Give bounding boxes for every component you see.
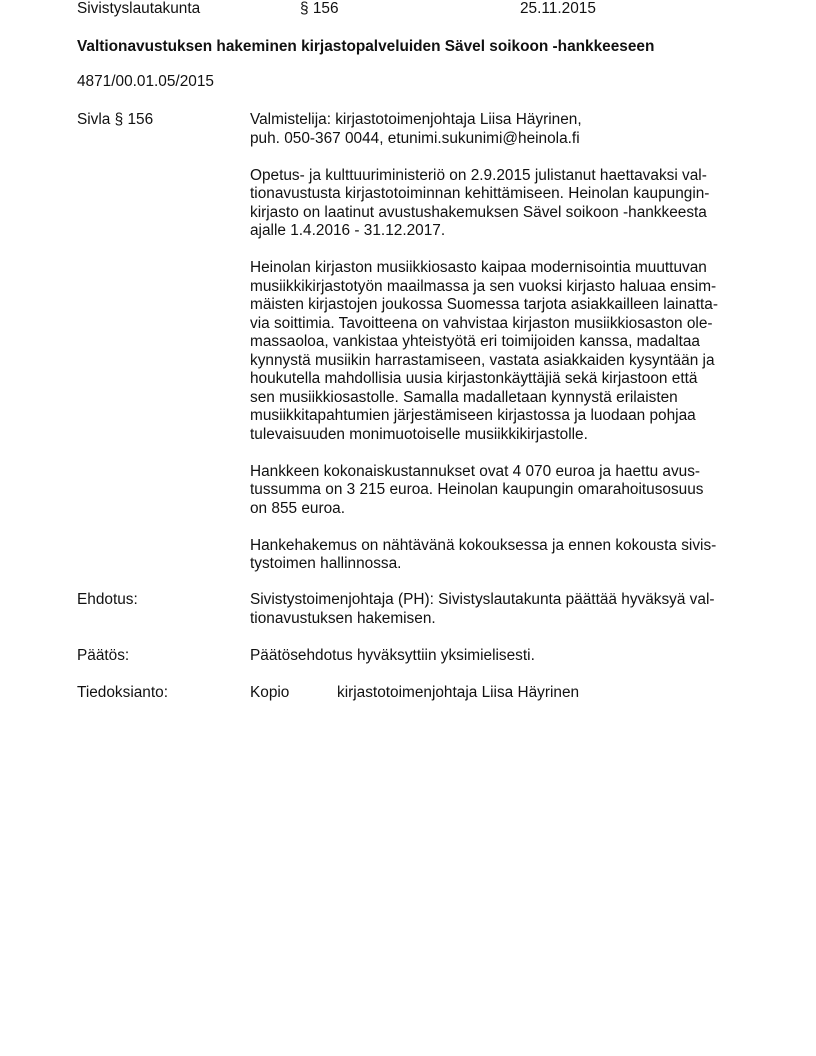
notification-type: Kopio xyxy=(250,684,289,703)
proposal-body: Sivistystoimenjohtaja (PH): Sivistyslaut… xyxy=(250,591,740,628)
document-header: Sivistyslautakunta § 156 25.11.2015 xyxy=(77,0,777,20)
decision-body: Päätösehdotus hyväksyttiin yksimielisest… xyxy=(250,647,740,666)
decision-label: Päätös: xyxy=(77,647,129,666)
section-number: § 156 xyxy=(300,0,339,18)
document-number: 4871/00.01.05/2015 xyxy=(77,73,214,91)
section-label: Sivla § 156 xyxy=(77,111,153,130)
availability-paragraph: Hankehakemus on nähtävänä kokouksessa ja… xyxy=(250,537,740,574)
notification-label: Tiedoksianto: xyxy=(77,684,168,703)
decision-text: Päätösehdotus hyväksyttiin yksimielisest… xyxy=(250,647,740,666)
notification-recipient: kirjastotoimenjohtaja Liisa Häyrinen xyxy=(337,684,579,703)
proposal-text: Sivistystoimenjohtaja (PH): Sivistyslaut… xyxy=(250,591,740,628)
background-paragraph: Opetus- ja kulttuuriministeriö on 2.9.20… xyxy=(250,167,740,241)
section-body: Valmistelija: kirjastotoimenjohtaja Liis… xyxy=(250,111,740,574)
meeting-date: 25.11.2015 xyxy=(520,0,596,18)
goals-paragraph: Heinolan kirjaston musiikkiosasto kaipaa… xyxy=(250,259,740,444)
document-title: Valtionavustuksen hakeminen kirjastopalv… xyxy=(77,38,654,56)
committee-name: Sivistyslautakunta xyxy=(77,0,200,18)
costs-paragraph: Hankkeen kokonaiskustannukset ovat 4 070… xyxy=(250,463,740,519)
preparer-paragraph: Valmistelija: kirjastotoimenjohtaja Liis… xyxy=(250,111,740,148)
proposal-label: Ehdotus: xyxy=(77,591,138,610)
